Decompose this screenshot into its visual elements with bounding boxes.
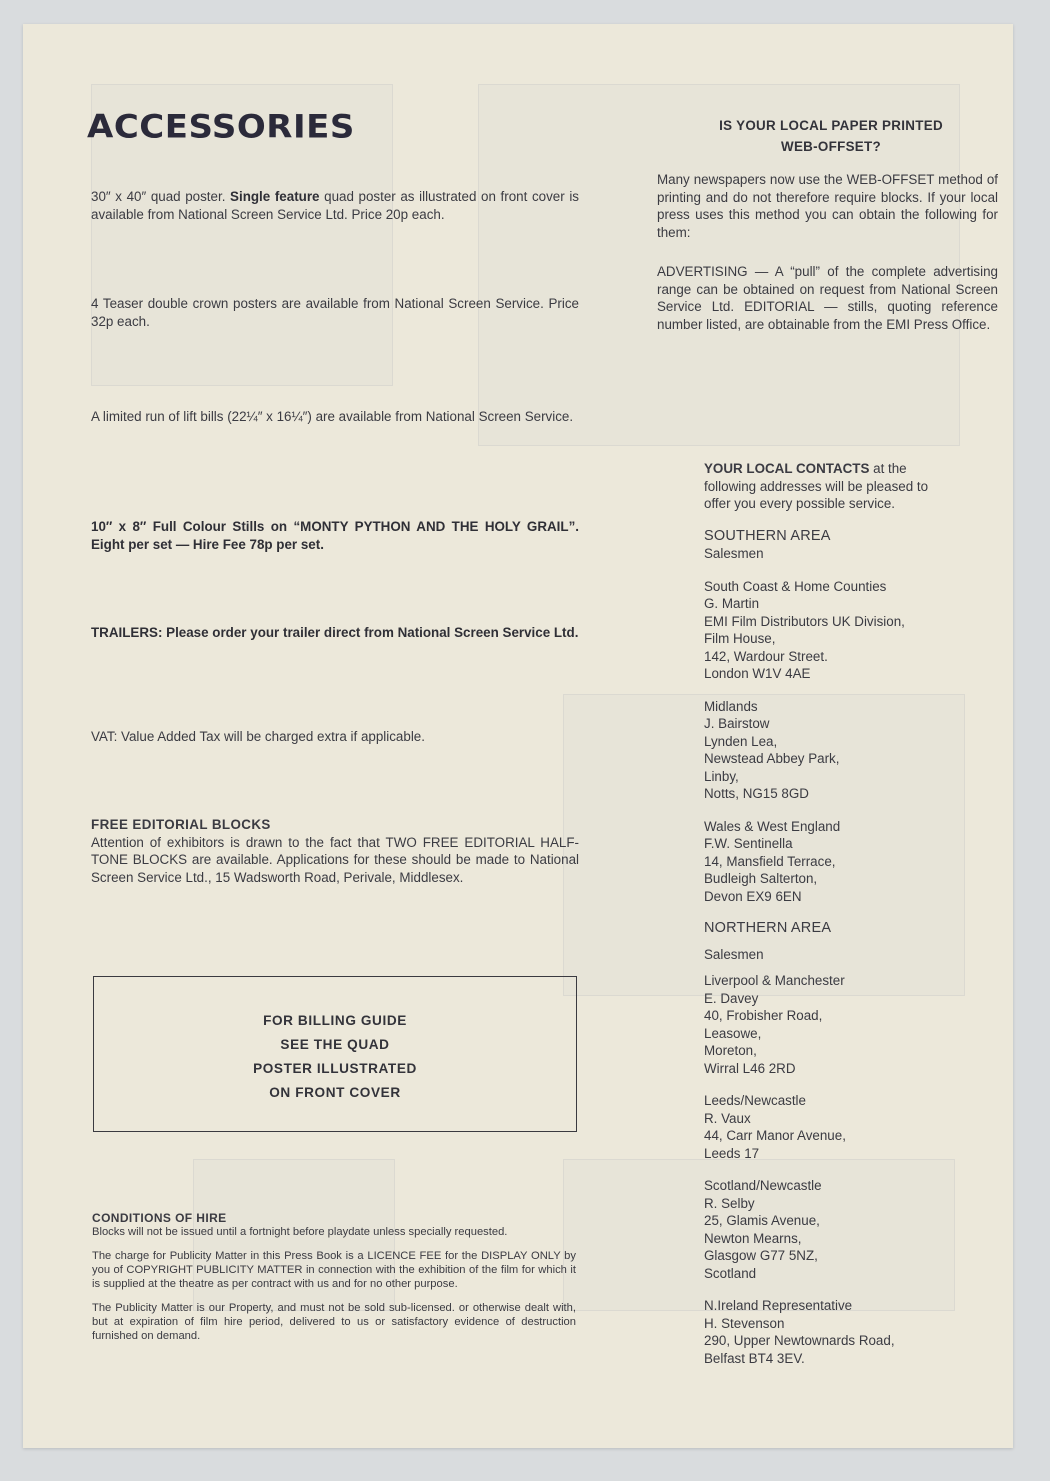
accessory-lift-bills: A limited run of lift bills (22¼″ x 16¼″… bbox=[91, 408, 579, 426]
contact-line: Wirral L46 2RD bbox=[704, 1060, 954, 1078]
billing-line: SEE THE QUAD bbox=[94, 1033, 576, 1057]
contact-line: Film House, bbox=[704, 630, 954, 648]
contact-region: Liverpool & Manchester bbox=[704, 972, 954, 990]
contact-line: 40, Frobisher Road, bbox=[704, 1007, 954, 1025]
contact-entry: Wales & West EnglandF.W. Sentinella14, M… bbox=[704, 818, 954, 906]
accessory-text: 4 Teaser double crown posters are availa… bbox=[91, 296, 579, 329]
contact-line: F.W. Sentinella bbox=[704, 835, 954, 853]
conditions-heading: CONDITIONS OF HIRE bbox=[92, 1211, 576, 1225]
contacts-intro-bold: YOUR LOCAL CONTACTS bbox=[704, 461, 869, 476]
contact-line: Devon EX9 6EN bbox=[704, 888, 954, 906]
contact-line: Budleigh Salterton, bbox=[704, 870, 954, 888]
contact-line: 44, Carr Manor Avenue, bbox=[704, 1127, 954, 1145]
contact-line: R. Selby bbox=[704, 1195, 954, 1213]
accessory-text: 30″ x 40″ quad poster. bbox=[91, 189, 230, 204]
contact-entry: Leeds/NewcastleR. Vaux44, Carr Manor Ave… bbox=[704, 1092, 954, 1162]
free-editorial-body: Attention of exhibitors is drawn to the … bbox=[91, 834, 579, 887]
accessory-text: TRAILERS: Please order your trailer dire… bbox=[91, 625, 578, 640]
contact-region: Scotland/Newcastle bbox=[704, 1177, 954, 1195]
contact-line: London W1V 4AE bbox=[704, 665, 954, 683]
contact-line: Leasowe, bbox=[704, 1025, 954, 1043]
area-role: Salesmen bbox=[704, 545, 954, 563]
web-offset-intro: Many newspapers now use the WEB-OFFSET m… bbox=[657, 171, 998, 241]
accessory-quad-poster: 30″ x 40″ quad poster. Single feature qu… bbox=[91, 188, 579, 223]
contact-line: Linby, bbox=[704, 768, 954, 786]
contact-line: G. Martin bbox=[704, 595, 954, 613]
contact-line: Leeds 17 bbox=[704, 1145, 954, 1163]
billing-line: ON FRONT COVER bbox=[94, 1081, 576, 1105]
contact-line: EMI Film Distributors UK Division, bbox=[704, 613, 954, 631]
contact-entry: Scotland/NewcastleR. Selby25, Glamis Ave… bbox=[704, 1177, 954, 1282]
area-role: Salesmen bbox=[704, 946, 954, 964]
contact-line: J. Bairstow bbox=[704, 715, 954, 733]
contact-line: Newstead Abbey Park, bbox=[704, 750, 954, 768]
contact-line: Lynden Lea, bbox=[704, 733, 954, 751]
contact-region: South Coast & Home Counties bbox=[704, 578, 954, 596]
contact-line: Newton Mearns, bbox=[704, 1230, 954, 1248]
contact-line: 14, Mansfield Terrace, bbox=[704, 853, 954, 871]
accessory-colour-stills: 10″ x 8″ Full Colour Stills on “MONTY PY… bbox=[91, 518, 579, 553]
billing-line: POSTER ILLUSTRATED bbox=[94, 1057, 576, 1081]
accessory-vat: VAT: Value Added Tax will be charged ext… bbox=[91, 728, 579, 746]
accessory-teaser-posters: 4 Teaser double crown posters are availa… bbox=[91, 295, 579, 330]
contact-line: R. Vaux bbox=[704, 1110, 954, 1128]
contact-entry: South Coast & Home CountiesG. MartinEMI … bbox=[704, 578, 954, 683]
accessory-text: 10″ x 8″ Full Colour Stills on “MONTY PY… bbox=[91, 519, 579, 552]
contacts-intro: YOUR LOCAL CONTACTS at the following add… bbox=[704, 460, 954, 513]
contact-line: E. Davey bbox=[704, 990, 954, 1008]
free-editorial-section: FREE EDITORIAL BLOCKS Attention of exhib… bbox=[91, 816, 579, 886]
contact-entry: MidlandsJ. BairstowLynden Lea,Newstead A… bbox=[704, 698, 954, 803]
area-name: SOUTHERN AREA bbox=[704, 528, 954, 546]
contact-line: H. Stevenson bbox=[704, 1315, 954, 1333]
contact-line: Moreton, bbox=[704, 1042, 954, 1060]
billing-guide-box: FOR BILLING GUIDE SEE THE QUAD POSTER IL… bbox=[93, 976, 577, 1132]
web-offset-heading-line: WEB-OFFSET? bbox=[657, 136, 1005, 157]
conditions-paragraph: Blocks will not be issued until a fortni… bbox=[92, 1225, 576, 1239]
contact-line: 290, Upper Newtownards Road, bbox=[704, 1332, 954, 1350]
area-name: NORTHERN AREA bbox=[704, 920, 954, 938]
contact-region: Midlands bbox=[704, 698, 954, 716]
contact-region: Wales & West England bbox=[704, 818, 954, 836]
contact-line: Belfast BT4 3EV. bbox=[704, 1350, 954, 1368]
contact-entry: Liverpool & ManchesterE. Davey40, Frobis… bbox=[704, 972, 954, 1077]
contact-line: Glasgow G77 5NZ, bbox=[704, 1247, 954, 1265]
local-contacts: YOUR LOCAL CONTACTS at the following add… bbox=[704, 460, 954, 1382]
accessory-trailers: TRAILERS: Please order your trailer dire… bbox=[91, 624, 579, 642]
accessory-text: Single feature bbox=[230, 189, 319, 204]
conditions-paragraph: The Publicity Matter is our Property, an… bbox=[92, 1301, 576, 1343]
accessory-text: VAT: Value Added Tax will be charged ext… bbox=[91, 729, 425, 744]
web-offset-heading-line: IS YOUR LOCAL PAPER PRINTED bbox=[657, 115, 1005, 136]
northern-area-header: NORTHERN AREA Salesmen bbox=[704, 920, 954, 963]
contact-line: 142, Wardour Street. bbox=[704, 648, 954, 666]
conditions-of-hire: CONDITIONS OF HIRE Blocks will not be is… bbox=[92, 1211, 576, 1343]
southern-area-header: SOUTHERN AREA Salesmen bbox=[704, 528, 954, 563]
page-title: ACCESSORIES bbox=[87, 108, 355, 146]
web-offset-heading: IS YOUR LOCAL PAPER PRINTED WEB-OFFSET? bbox=[657, 115, 1005, 157]
conditions-paragraph: The charge for Publicity Matter in this … bbox=[92, 1249, 576, 1291]
contact-line: 25, Glamis Avenue, bbox=[704, 1212, 954, 1230]
billing-line: FOR BILLING GUIDE bbox=[94, 1009, 576, 1033]
web-offset-advertising: ADVERTISING — A “pull” of the complete a… bbox=[657, 263, 998, 333]
contact-entry: N.Ireland RepresentativeH. Stevenson290,… bbox=[704, 1297, 954, 1367]
contact-line: Notts, NG15 8GD bbox=[704, 785, 954, 803]
contact-line: Scotland bbox=[704, 1265, 954, 1283]
contact-region: N.Ireland Representative bbox=[704, 1297, 954, 1315]
accessory-text: A limited run of lift bills (22¼″ x 16¼″… bbox=[91, 409, 573, 424]
free-editorial-heading: FREE EDITORIAL BLOCKS bbox=[91, 816, 579, 834]
contact-region: Leeds/Newcastle bbox=[704, 1092, 954, 1110]
